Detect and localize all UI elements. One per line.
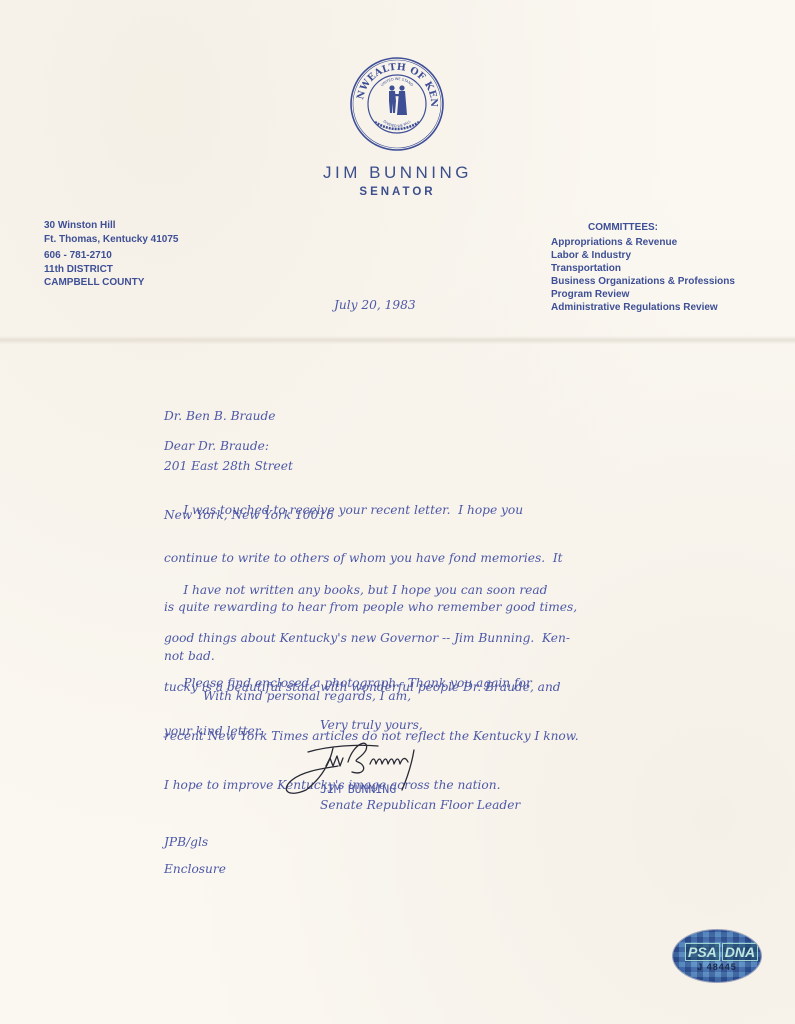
psa-dna-hologram-sticker: PSA DNA J 48445	[673, 930, 761, 982]
committees-block: COMMITTEES: Appropriations & Revenue Lab…	[551, 221, 735, 314]
committee-item: Transportation	[551, 262, 735, 275]
committee-item: Appropriations & Revenue	[551, 236, 735, 249]
address-county: CAMPBELL COUNTY	[44, 276, 179, 290]
letterhead-address-block: 30 Winston Hill Ft. Thomas, Kentucky 410…	[44, 219, 179, 290]
committees-heading: COMMITTEES:	[588, 221, 735, 234]
svg-text:UNITED WE STAND: UNITED WE STAND	[380, 77, 414, 87]
paragraph-line: I have not written any books, but I hope…	[164, 582, 579, 598]
signer-title: Senate Republican Floor Leader	[320, 798, 520, 812]
hologram-serial-number: J 48445	[673, 962, 761, 972]
paragraph-line: I was touched to receive your recent let…	[164, 502, 577, 518]
letterhead-title: SENATOR	[0, 186, 795, 198]
committee-item: Labor & Industry	[551, 249, 735, 262]
committee-item: Program Review	[551, 288, 735, 301]
signer-name: JIM BUNNING	[320, 782, 396, 796]
letter-date: July 20, 1983	[334, 298, 416, 312]
recipient-name: Dr. Ben B. Braude	[164, 408, 334, 425]
address-street: 30 Winston Hill	[44, 219, 179, 233]
dna-logo-text: DNA	[722, 943, 758, 961]
letterhead-name: JIM BUNNING	[0, 163, 795, 183]
psa-logo-text: PSA	[685, 943, 720, 961]
salutation: Dear Dr. Braude:	[164, 439, 269, 453]
paper-fold-crease	[0, 336, 795, 344]
address-city: Ft. Thomas, Kentucky 41075	[44, 233, 179, 247]
committee-item: Business Organizations & Professions	[551, 275, 735, 288]
psa-dna-logo-icon: PSA DNA	[685, 943, 758, 961]
reference-initials: JPB/gls	[164, 835, 208, 849]
address-phone: 606 - 781-2710	[44, 249, 179, 263]
kentucky-seal-icon: COMMONWEALTH OF KENTUCKY UNITED WE STAND…	[349, 56, 445, 152]
closing-line: With kind personal regards, I am,	[203, 689, 411, 703]
valediction: Very truly yours,	[320, 718, 423, 732]
committee-item: Administrative Regulations Review	[551, 301, 735, 314]
enclosure-notation: Enclosure	[164, 862, 226, 876]
address-district: 11th DISTRICT	[44, 263, 179, 277]
